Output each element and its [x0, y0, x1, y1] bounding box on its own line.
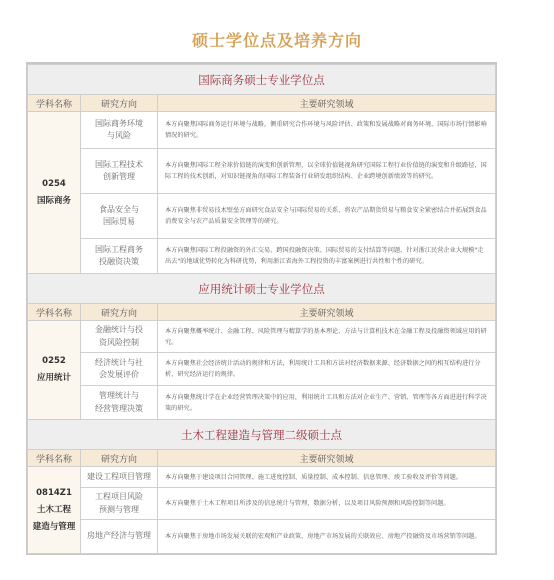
- direction-line: 经营管理决策: [85, 403, 153, 416]
- direction-line: 国际商务环境: [85, 118, 153, 131]
- direction-cell: 管理统计与 经营管理决策: [81, 386, 158, 420]
- field-cell: 本方向聚焦国际商务运行环境与战略，侧重研究合作环境与风险评估、政策和发展战略对商…: [158, 112, 496, 149]
- table-row: 0814Z1 土木工程 建造与管理 建设工程项目管理 本方向聚焦于建设项目合同管…: [28, 467, 496, 488]
- direction-line: 预测与管理: [85, 504, 153, 517]
- direction-line: 经济统计与社: [85, 357, 153, 370]
- degree-table: 国际商务硕士专业学位点 学科名称 研究方向 主要研究领域 0254 国际商务 国…: [27, 64, 496, 554]
- column-header-field: 主要研究领域: [158, 95, 496, 112]
- column-header-direction: 研究方向: [81, 450, 158, 467]
- column-header-subject: 学科名称: [28, 95, 81, 112]
- section-title-row: 应用统计硕士专业学位点: [28, 274, 496, 304]
- field-cell: 本方向聚焦于房地市场发展关联的宏观和产业政策、房地产市场发展的关联效应、房地产投…: [158, 520, 496, 554]
- field-cell: 本方向聚焦社会经济统计活动的规律和方法，利用统计工具和方法对经济数据来源、经济数…: [158, 353, 496, 386]
- direction-line: 食品安全与: [85, 204, 153, 217]
- section-title: 应用统计硕士专业学位点: [28, 274, 496, 304]
- column-header-direction: 研究方向: [81, 304, 158, 321]
- subject-name: 土木工程: [28, 502, 80, 519]
- field-cell: 本方向聚焦于土木工程项目所涉及的信息统计与管理、数据分析，以及项目风险预测和风险…: [158, 488, 496, 520]
- direction-cell: 食品安全与 国际贸易: [81, 194, 158, 239]
- table-row: 0254 国际商务 国际商务环境 与风险 本方向聚焦国际商务运行环境与战略，侧重…: [28, 112, 496, 149]
- direction-line: 创新管理: [85, 171, 153, 184]
- table-row: 房地产经济与管理 本方向聚焦于房地市场发展关联的宏观和产业政策、房地产市场发展的…: [28, 520, 496, 554]
- subject-name: 应用统计: [28, 370, 80, 387]
- subject-name: 建造与管理: [28, 519, 80, 536]
- column-header-subject: 学科名称: [28, 304, 81, 321]
- subject-cell: 0254 国际商务: [28, 112, 81, 274]
- table-row: 工程项目风险 预测与管理 本方向聚焦于土木工程项目所涉及的信息统计与管理、数据分…: [28, 488, 496, 520]
- direction-line: 房地产经济与管理: [85, 530, 153, 543]
- direction-line: 建设工程项目管理: [85, 471, 153, 484]
- direction-cell: 国际商务环境 与风险: [81, 112, 158, 149]
- direction-line: 会发展评价: [85, 369, 153, 382]
- table-row: 食品安全与 国际贸易 本方向聚焦非贸易技术壁垒方面研究食品安全与国际贸易的关系，…: [28, 194, 496, 239]
- column-header-field: 主要研究领域: [158, 450, 496, 467]
- field-cell: 本方向聚焦概率统计、金融工程、风险管理与精算学的基本理论、方法与计算机技术在金融…: [158, 321, 496, 353]
- degree-table-container: 国际商务硕士专业学位点 学科名称 研究方向 主要研究领域 0254 国际商务 国…: [26, 62, 497, 555]
- direction-line: 国际工程商务: [85, 244, 153, 257]
- direction-cell: 经济统计与社 会发展评价: [81, 353, 158, 386]
- subject-code: 0814Z1: [28, 485, 80, 502]
- column-header-row: 学科名称 研究方向 主要研究领域: [28, 450, 496, 467]
- table-row: 0252 应用统计 金融统计与投 资风险控制 本方向聚焦概率统计、金融工程、风险…: [28, 321, 496, 353]
- subject-cell: 0814Z1 土木工程 建造与管理: [28, 467, 81, 554]
- column-header-direction: 研究方向: [81, 95, 158, 112]
- field-cell: 本方向聚焦于建设项目合同管理、施工进度控制、质量控制、成本控制、信息管理、竣工验…: [158, 467, 496, 488]
- page-title: 硕士学位点及培养方向: [0, 28, 554, 51]
- subject-code: 0254: [28, 176, 80, 193]
- subject-cell: 0252 应用统计: [28, 321, 81, 420]
- direction-cell: 国际工程技术 创新管理: [81, 149, 158, 194]
- column-header-field: 主要研究领域: [158, 304, 496, 321]
- direction-line: 工程项目风险: [85, 491, 153, 504]
- direction-line: 与风险: [85, 130, 153, 143]
- direction-cell: 工程项目风险 预测与管理: [81, 488, 158, 520]
- section-title-row: 土木工程建造与管理二级硕士点: [28, 420, 496, 450]
- section-title: 土木工程建造与管理二级硕士点: [28, 420, 496, 450]
- field-cell: 本方向聚焦统计学在企业经营管理决策中的应用，利用统计工具和方法对企业生产、营销、…: [158, 386, 496, 420]
- direction-line: 国际贸易: [85, 216, 153, 229]
- field-cell: 本方向聚焦国际工程全球价值链的演变和创新管理，以全球价值链视角研究国际工程行业价…: [158, 149, 496, 194]
- column-header-row: 学科名称 研究方向 主要研究领域: [28, 95, 496, 112]
- direction-cell: 房地产经济与管理: [81, 520, 158, 554]
- direction-cell: 建设工程项目管理: [81, 467, 158, 488]
- column-header-subject: 学科名称: [28, 450, 81, 467]
- table-row: 经济统计与社 会发展评价 本方向聚焦社会经济统计活动的规律和方法，利用统计工具和…: [28, 353, 496, 386]
- column-header-row: 学科名称 研究方向 主要研究领域: [28, 304, 496, 321]
- section-title: 国际商务硕士专业学位点: [28, 65, 496, 95]
- direction-line: 金融统计与投: [85, 324, 153, 337]
- direction-line: 资风险控制: [85, 337, 153, 350]
- direction-line: 投融资决策: [85, 256, 153, 269]
- table-row: 国际工程商务 投融资决策 本方向聚焦国际工程投融资的外汇交易、跨国投融资决策、国…: [28, 239, 496, 274]
- table-row: 管理统计与 经营管理决策 本方向聚焦统计学在企业经营管理决策中的应用，利用统计工…: [28, 386, 496, 420]
- subject-code: 0252: [28, 353, 80, 370]
- field-cell: 本方向聚焦非贸易技术壁垒方面研究食品安全与国际贸易的关系，将农产品期货贸易与粮食…: [158, 194, 496, 239]
- direction-cell: 金融统计与投 资风险控制: [81, 321, 158, 353]
- direction-line: 管理统计与: [85, 390, 153, 403]
- subject-name: 国际商务: [28, 193, 80, 210]
- direction-line: 国际工程技术: [85, 159, 153, 172]
- section-title-row: 国际商务硕士专业学位点: [28, 65, 496, 95]
- direction-cell: 国际工程商务 投融资决策: [81, 239, 158, 274]
- field-cell: 本方向聚焦国际工程投融资的外汇交易、跨国投融资决策、国际贸易的支付结算等问题，针…: [158, 239, 496, 274]
- table-row: 国际工程技术 创新管理 本方向聚焦国际工程全球价值链的演变和创新管理，以全球价值…: [28, 149, 496, 194]
